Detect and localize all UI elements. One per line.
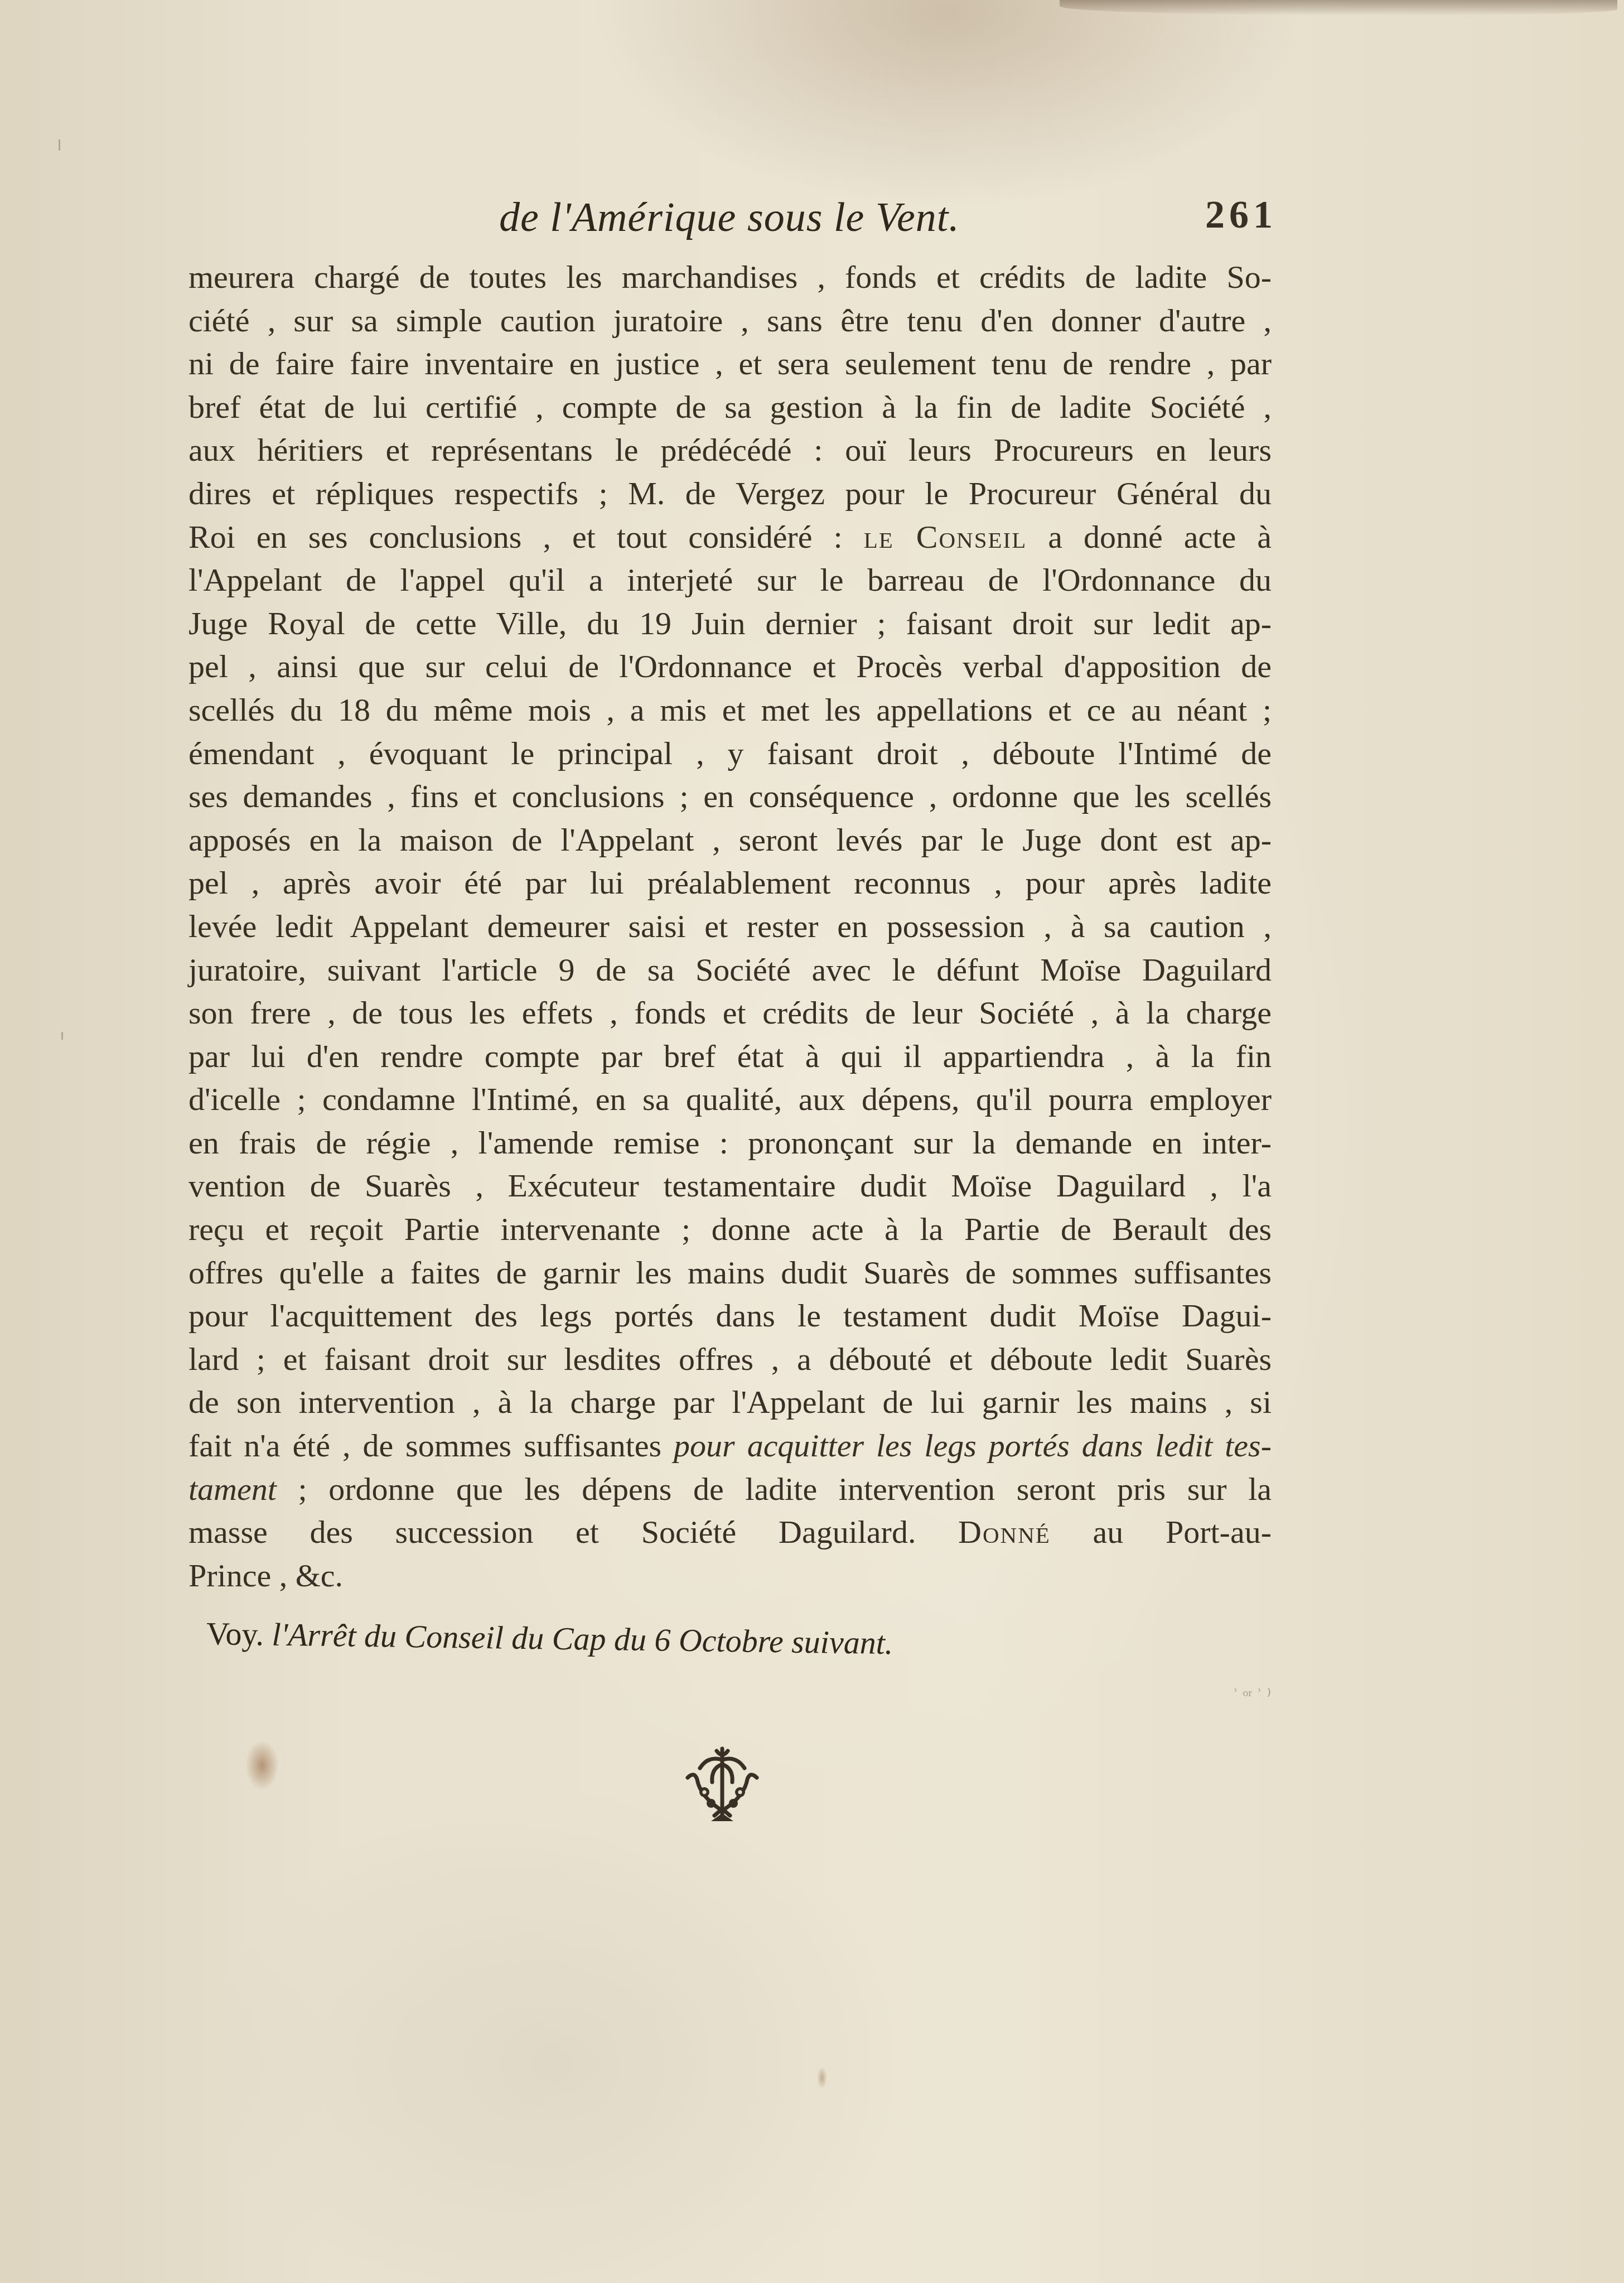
text-line: offres qu'elle a faites de garnir les ma… [188, 1251, 1272, 1295]
line-text: pel , ainsi que sur celui de l'Ordonnanc… [188, 648, 1272, 684]
text-line: d'icelle ; condamne l'Intimé, en sa qual… [188, 1078, 1272, 1121]
text-line: ses demandes , fins et conclusions ; en … [188, 775, 1272, 818]
note-text: l'Arrêt du Conseil du Cap du 6 Octobre s… [264, 1616, 893, 1661]
line-text: aux héritiers et représentans le prédécé… [188, 432, 1272, 468]
text-line: émendant , évoquant le principal , y fai… [188, 732, 1272, 775]
text-line: son frere , de tous les effets , fonds e… [188, 991, 1272, 1035]
line-text: masse des succession et Société Daguilar… [188, 1514, 958, 1550]
line-text: par lui d'en rendre compte par bref état… [188, 1038, 1272, 1074]
text-line: pel , après avoir été par lui préalablem… [188, 861, 1272, 905]
cross-reference-note: Voy. l'Arrêt du Conseil du Cap du 6 Octo… [206, 1615, 893, 1662]
page-number: 261 [1205, 193, 1277, 238]
line-text: reçu et reçoit Partie intervenante ; don… [188, 1211, 1272, 1247]
text-line: en frais de régie , l'amende remise : pr… [188, 1121, 1272, 1165]
text-line: levée ledit Appelant demeurer saisi et r… [188, 905, 1272, 948]
italic-text: tament [188, 1471, 277, 1507]
line-text: fait n'a été , de sommes suffisantes [188, 1427, 674, 1464]
line-text: juratoire, suivant l'article 9 de sa Soc… [188, 952, 1272, 988]
line-text: ses demandes , fins et conclusions ; en … [188, 778, 1272, 814]
paper-fleck [61, 1032, 63, 1040]
line-text: en frais de régie , l'amende remise : pr… [188, 1124, 1272, 1161]
small-caps-text: le Conseil [864, 519, 1027, 555]
line-text: de son intervention , à la charge par l'… [188, 1384, 1272, 1420]
page-edge-stain [1060, 0, 1617, 16]
text-line: par lui d'en rendre compte par bref état… [188, 1035, 1272, 1078]
text-line: meurera chargé de toutes les marchandise… [188, 255, 1272, 299]
foxing-stain [817, 2067, 827, 2089]
line-text: offres qu'elle a faites de garnir les ma… [188, 1254, 1272, 1291]
text-line: reçu et reçoit Partie intervenante ; don… [188, 1208, 1272, 1251]
text-line: Roi en ses conclusions , et tout considé… [188, 515, 1272, 559]
text-line: pour l'acquittement des legs portés dans… [188, 1294, 1272, 1338]
foxing-stain [245, 1740, 279, 1790]
text-line: ni de faire faire inventaire en justice … [188, 342, 1272, 385]
line-text: pel , après avoir été par lui préalablem… [188, 865, 1272, 901]
text-line: de son intervention , à la charge par l'… [188, 1381, 1272, 1424]
text-line: fait n'a été , de sommes suffisantes pou… [188, 1424, 1272, 1468]
line-text: ciété , sur sa simple caution juratoire … [188, 302, 1272, 339]
note-prefix: Voy. [206, 1615, 264, 1652]
line-text: l'Appelant de l'appel qu'il a interjeté … [188, 562, 1272, 598]
body-text: meurera chargé de toutes les marchandise… [188, 255, 1272, 1597]
line-text: apposés en la maison de l'Appelant , ser… [188, 822, 1272, 858]
line-text: émendant , évoquant le principal , y fai… [188, 735, 1272, 771]
running-title: de l'Amérique sous le Vent. [499, 194, 960, 242]
line-text: Prince , &c. [188, 1557, 343, 1594]
text-line: lard ; et faisant droit sur lesdites off… [188, 1338, 1272, 1381]
text-line: apposés en la maison de l'Appelant , ser… [188, 818, 1272, 862]
line-text: au Port-au- [1051, 1514, 1272, 1550]
line-text: lard ; et faisant droit sur lesdites off… [188, 1341, 1272, 1377]
line-text: Roi en ses conclusions , et tout considé… [188, 519, 864, 555]
fleuron-ornament-icon [678, 1743, 767, 1827]
bleed-through-text: ʾ ᵒʳ ʾ ⁾ [1232, 1685, 1271, 1706]
line-text: a donné acte à [1027, 519, 1272, 555]
text-line: scellés du 18 du même mois , a mis et me… [188, 688, 1272, 732]
italic-text: pour acquitter les legs portés dans ledi… [674, 1427, 1272, 1464]
line-text: son frere , de tous les effets , fonds e… [188, 995, 1272, 1031]
line-text: dires et répliques respectifs ; M. de Ve… [188, 475, 1272, 511]
text-line: juratoire, suivant l'article 9 de sa Soc… [188, 948, 1272, 992]
small-caps-text: Donné [958, 1514, 1051, 1550]
text-line: bref état de lui certifié , compte de sa… [188, 385, 1272, 429]
line-text: Juge Royal de cette Ville, du 19 Juin de… [188, 605, 1272, 641]
paper-fleck [59, 139, 60, 151]
line-text: d'icelle ; condamne l'Intimé, en sa qual… [188, 1081, 1272, 1117]
text-line: vention de Suarès , Exécuteur testamenta… [188, 1164, 1272, 1208]
text-line: dires et répliques respectifs ; M. de Ve… [188, 472, 1272, 515]
line-text: levée ledit Appelant demeurer saisi et r… [188, 908, 1272, 944]
line-text: bref état de lui certifié , compte de sa… [188, 389, 1272, 425]
line-text: meurera chargé de toutes les marchandise… [188, 259, 1272, 295]
line-text: scellés du 18 du même mois , a mis et me… [188, 692, 1272, 728]
line-text: pour l'acquittement des legs portés dans… [188, 1297, 1272, 1334]
text-line: tament ; ordonne que les dépens de ladit… [188, 1468, 1272, 1511]
line-text: ; ordonne que les dépens de ladite inter… [277, 1471, 1272, 1507]
text-line: aux héritiers et représentans le prédécé… [188, 428, 1272, 472]
line-text: vention de Suarès , Exécuteur testamenta… [188, 1167, 1272, 1204]
running-head: de l'Amérique sous le Vent. 261 [184, 190, 1277, 245]
text-line: Prince , &c. [188, 1554, 1272, 1597]
text-line: masse des succession et Société Daguilar… [188, 1510, 1272, 1554]
line-text: ni de faire faire inventaire en justice … [188, 345, 1272, 382]
text-line: ciété , sur sa simple caution juratoire … [188, 299, 1272, 342]
text-line: pel , ainsi que sur celui de l'Ordonnanc… [188, 645, 1272, 688]
text-line: l'Appelant de l'appel qu'il a interjeté … [188, 558, 1272, 602]
book-page: de l'Amérique sous le Vent. 261 meurera … [0, 0, 1624, 2283]
text-line: Juge Royal de cette Ville, du 19 Juin de… [188, 602, 1272, 645]
